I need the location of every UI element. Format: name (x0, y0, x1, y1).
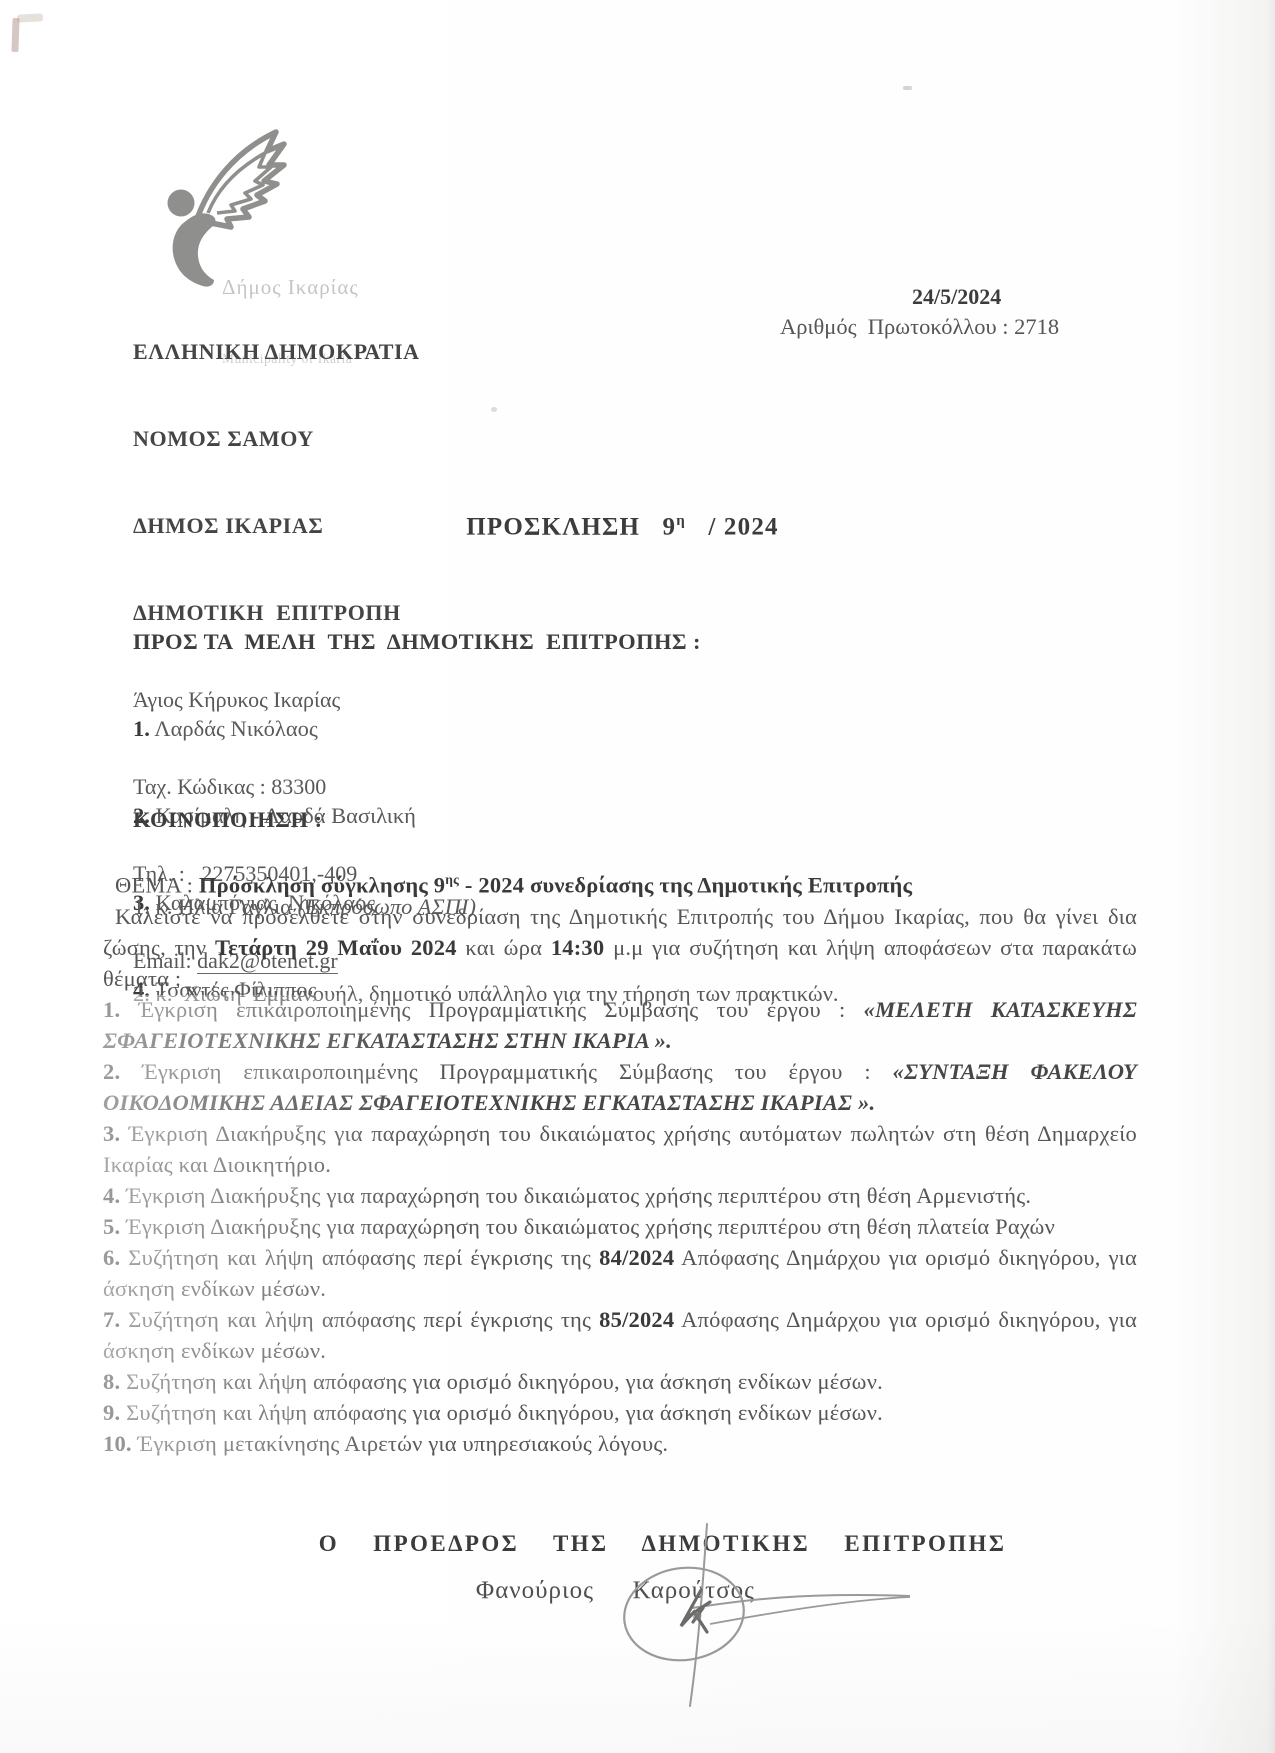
text-run: Έγκριση επικαιροποιημένης Προγραμματικής… (120, 1059, 892, 1084)
agenda-item-3: 3. Έγκριση Διακήρυξης για παραχώρηση του… (103, 1118, 1137, 1180)
text-run: 2. (103, 1059, 120, 1084)
member-name: Λαρδάς Νικόλαος (150, 716, 318, 741)
document-title: ΠΡΟΣΚΛΗΣΗ 9η / 2024 (0, 513, 1245, 541)
org-line-prefecture: ΝΟΜΟΣ ΣΑΜΟΥ (133, 424, 420, 453)
text-run: 9. (103, 1400, 120, 1425)
text-run: 14:30 (551, 935, 605, 960)
scan-smudge (17, 13, 43, 22)
agenda-item-8: 8. Συζήτηση και λήψη απόφασης για ορισμό… (103, 1366, 1137, 1397)
text-run: και ώρα (457, 935, 551, 960)
scan-shadow (0, 1613, 1275, 1753)
agenda-item-10: 10. Έγκριση μετακίνησης Αιρετών για υπηρ… (103, 1428, 1137, 1459)
text-run: Έγκριση επικαιροποιημένης Προγραμματικής… (120, 997, 863, 1022)
agenda-item-4: 4. Έγκριση Διακήρυξης για παραχώρηση του… (103, 1180, 1137, 1211)
title-prefix: ΠΡΟΣΚΛΗΣΗ 9 (466, 513, 676, 540)
scan-speck (903, 86, 912, 90)
text-run: Έγκριση Διακήρυξης για παραχώρηση του δι… (120, 1214, 1055, 1239)
recipients-label: ΠΡΟΣ ΤΑ ΜΕΛΗ ΤΗΣ ΔΗΜΟΤΙΚΗΣ ΕΠΙΤΡΟΠΗΣ : (133, 627, 701, 656)
agenda-item-5: 5. Έγκριση Διακήρυξης για παραχώρηση του… (103, 1211, 1137, 1242)
text-run: 6. (103, 1245, 120, 1270)
cc-label: ΚΟΙΝΟΠΟΙΗΣΗ : (133, 805, 839, 834)
text-run: Συζήτηση και λήψη απόφασης για ορισμό δι… (120, 1369, 883, 1394)
text-run: 10. (103, 1431, 132, 1456)
text-run: ης (445, 872, 459, 887)
president-title-line: Ο ΠΡΟΕΔΡΟΣ ΤΗΣ ΔΗΜΟΤΙΚΗΣ ΕΠΙΤΡΟΠΗΣ (25, 1531, 1275, 1557)
scan-smudge (11, 18, 19, 52)
title-superscript: η (676, 513, 686, 529)
text-run: Συζήτηση και λήψη απόφασης για ορισμό δι… (120, 1400, 883, 1425)
text-run: 85/2024 (599, 1307, 674, 1332)
agenda-item-7: 7. Συζήτηση και λήψη απόφασης περί έγκρι… (103, 1304, 1137, 1366)
title-suffix: / 2024 (686, 513, 779, 540)
text-run: Πρόσκληση σύγκλησης 9 (199, 873, 445, 898)
org-line-republic: ΕΛΛΗΝΙΚΗ ΔΗΜΟΚΡΑΤΙΑ (133, 337, 420, 366)
document-date: 24/5/2024 (912, 284, 1001, 310)
text-run: 5. (103, 1214, 120, 1239)
text-run: Συζήτηση και λήψη απόφασης περί έγκρισης… (120, 1307, 599, 1332)
agenda-item-9: 9. Συζήτηση και λήψη απόφασης για ορισμό… (103, 1397, 1137, 1428)
scanned-document-page: Δήμος Ικαρίας Municipality of Ikaria ΕΛΛ… (0, 0, 1275, 1753)
text-run: Έγκριση μετακίνησης Αιρετών για υπηρεσια… (132, 1431, 669, 1456)
subject-line: ΘΕΜΑ : Πρόσκληση σύγκλησης 9ης - 2024 συ… (103, 864, 1137, 901)
text-run: 1. (103, 997, 120, 1022)
intro-paragraph: Καλείστε να προσέλθετε στην συνεδρίαση τ… (103, 901, 1137, 994)
document-body: ΘΕΜΑ : Πρόσκληση σύγκλησης 9ης - 2024 συ… (103, 864, 1137, 1459)
text-run: Έγκριση Διακήρυξης για παραχώρηση του δι… (120, 1183, 1031, 1208)
text-run: 84/2024 (599, 1245, 674, 1270)
text-run: - 2024 συνεδρίασης της Δημοτικής Επιτροπ… (459, 873, 912, 898)
text-run: 3. (103, 1121, 120, 1146)
text-run: ΘΕΜΑ : (115, 873, 199, 898)
agenda-item-6: 6. Συζήτηση και λήψη απόφασης περί έγκρι… (103, 1242, 1137, 1304)
member-number: 1. (133, 716, 150, 741)
protocol-number: Αριθμός Πρωτοκόλλου : 2718 (780, 314, 1059, 340)
text-run: Συζήτηση και λήψη απόφασης περί έγκρισης… (120, 1245, 599, 1270)
text-run: 4. (103, 1183, 120, 1208)
agenda-item-1: 1. Έγκριση επικαιροποιημένης Προγραμματι… (103, 994, 1137, 1056)
text-run: Έγκριση Διακήρυξης για παραχώρηση του δι… (103, 1121, 1137, 1177)
agenda-item-2: 2. Έγκριση επικαιροποιημένης Προγραμματι… (103, 1056, 1137, 1118)
scan-speck (491, 407, 497, 412)
text-run: 7. (103, 1307, 120, 1332)
member-row: 1. Λαρδάς Νικόλαος (133, 714, 701, 743)
text-run: Τετάρτη 29 Μαΐου 2024 (215, 935, 457, 960)
president-name: Φανούριος Καρούτσος (0, 1577, 1253, 1605)
text-run: 8. (103, 1369, 120, 1394)
